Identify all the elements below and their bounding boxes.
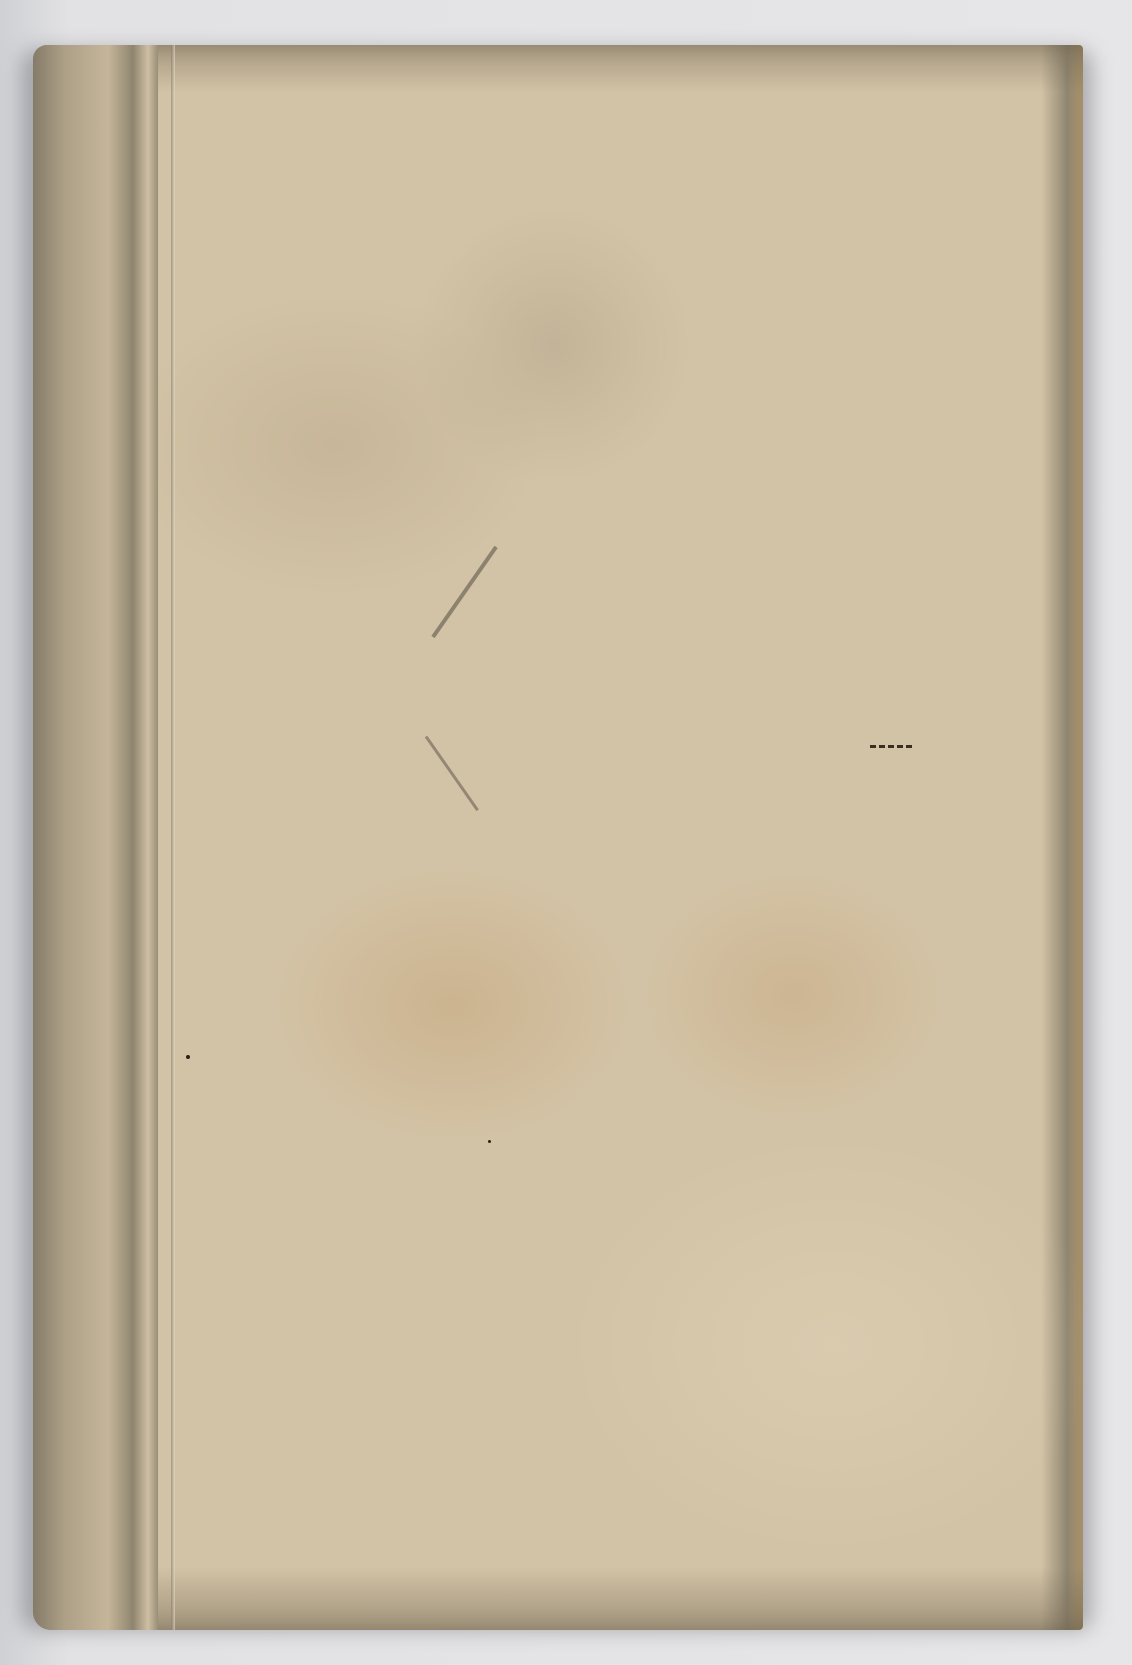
cover-scratch bbox=[431, 546, 497, 638]
book-cover bbox=[33, 45, 1083, 1630]
cover-scratch-lower bbox=[425, 736, 479, 811]
ink-mark bbox=[870, 745, 915, 748]
ink-dot bbox=[186, 1055, 190, 1059]
spine-crease bbox=[171, 45, 175, 1630]
book-spine bbox=[33, 45, 158, 1630]
ink-dot bbox=[488, 1140, 491, 1143]
